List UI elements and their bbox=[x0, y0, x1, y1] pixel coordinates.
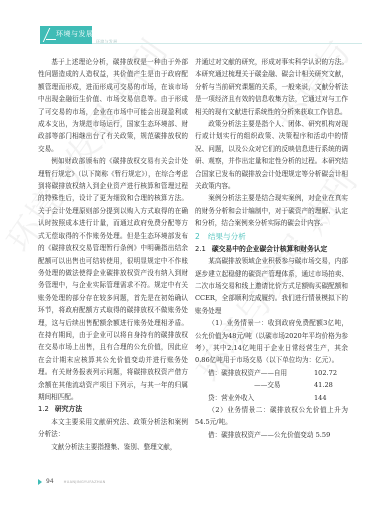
paragraph: 本文主要采用文献研究法、政策分析法和案例分析法： bbox=[38, 416, 188, 441]
journal-name: HUANJINGYUFAZHAN bbox=[64, 480, 106, 484]
paragraph: （1）业务情景一：收到政府免费配额3亿吨，公允价值为48元/吨（以碳市场2020… bbox=[195, 317, 348, 367]
paragraph: 某高碳排放领域企业积极参与碳市场交易，内部逐步建立起稳健的碳资产管理体系，通过市… bbox=[195, 255, 348, 317]
left-column: 基于上述理论分析，碳排放权是一种由于外部性问题造成的人造权益，其价值产生是由于政… bbox=[38, 56, 188, 453]
underline-decoration-icon bbox=[46, 39, 56, 40]
journal-entry: 贷：营业外收入144 bbox=[208, 392, 348, 404]
section-number: 2 bbox=[195, 232, 200, 241]
paragraph: 政策分析法主要是指个人、团体、研究机构对现行或计划实行的组织政策、决策程序和活动… bbox=[195, 118, 348, 192]
paragraph: 基于上述理论分析，碳排放权是一种由于外部性问题造成的人造权益，其价值产生是由于政… bbox=[38, 56, 188, 155]
journal-entry: ——交易41.28 bbox=[208, 379, 348, 391]
paragraph: 案例分析法主要是结合现实案例，对企业在真实的财务分析和会计编制中，对于碳资产的理… bbox=[195, 192, 348, 229]
section-title: 结果与分析 bbox=[208, 232, 246, 241]
section-title: 研究方法 bbox=[55, 405, 82, 413]
right-column: 并通过对文献的研究，形成对事实科学认识的方法。本研究通过梳理关于碳金融、碳会计相… bbox=[195, 56, 348, 441]
journal-entry: 借：碳排放权资产——公允价值变动 5.59 bbox=[208, 429, 348, 441]
page-footer: 94 HUANJINGYUFAZHAN bbox=[38, 478, 106, 485]
section-header-badge: 环境与发展 bbox=[40, 26, 92, 44]
paragraph: 文献分析法主要指搜集、鉴别、整理文献， bbox=[38, 441, 188, 453]
paragraph: （2）业务情景二：碳排放权公允价值上升为54.5元/吨。 bbox=[195, 404, 348, 429]
section-heading-2: 2结果与分析 bbox=[195, 230, 348, 243]
journal-entry-block-1: 借：碳排放权资产——自用102.72 ——交易41.28 贷：营业外收入144 bbox=[195, 367, 348, 404]
paragraph: 并通过对文献的研究，形成对事实科学认识的方法。本研究通过梳理关于碳金融、碳会计相… bbox=[195, 56, 348, 118]
section-number: 2.1 bbox=[195, 245, 206, 253]
page-number: 94 bbox=[46, 478, 54, 485]
journal-entry-block-2: 借：碳排放权资产——公允价值变动 5.59 bbox=[195, 429, 348, 441]
header-sub-label: 环境与发展 bbox=[96, 39, 118, 45]
journal-entry: 借：碳排放权资产——自用102.72 bbox=[208, 367, 348, 379]
paragraph: 例如财政部颁布的《碳排放权交易有关会计处理暂行规定》（以下简称《暂行规定》），在… bbox=[38, 155, 188, 403]
triangle-marker-icon bbox=[38, 479, 42, 485]
header-divider bbox=[92, 43, 362, 44]
section-number: 1.2 bbox=[38, 405, 49, 413]
section-heading-2-1: 2.1碳交易中的企业碳会计核算和财务认定 bbox=[195, 243, 348, 255]
section-heading-1-2: 1.2研究方法 bbox=[38, 403, 188, 415]
section-label: 环境与发展 bbox=[56, 29, 94, 39]
section-title: 碳交易中的企业碳会计核算和财务认定 bbox=[212, 245, 328, 253]
